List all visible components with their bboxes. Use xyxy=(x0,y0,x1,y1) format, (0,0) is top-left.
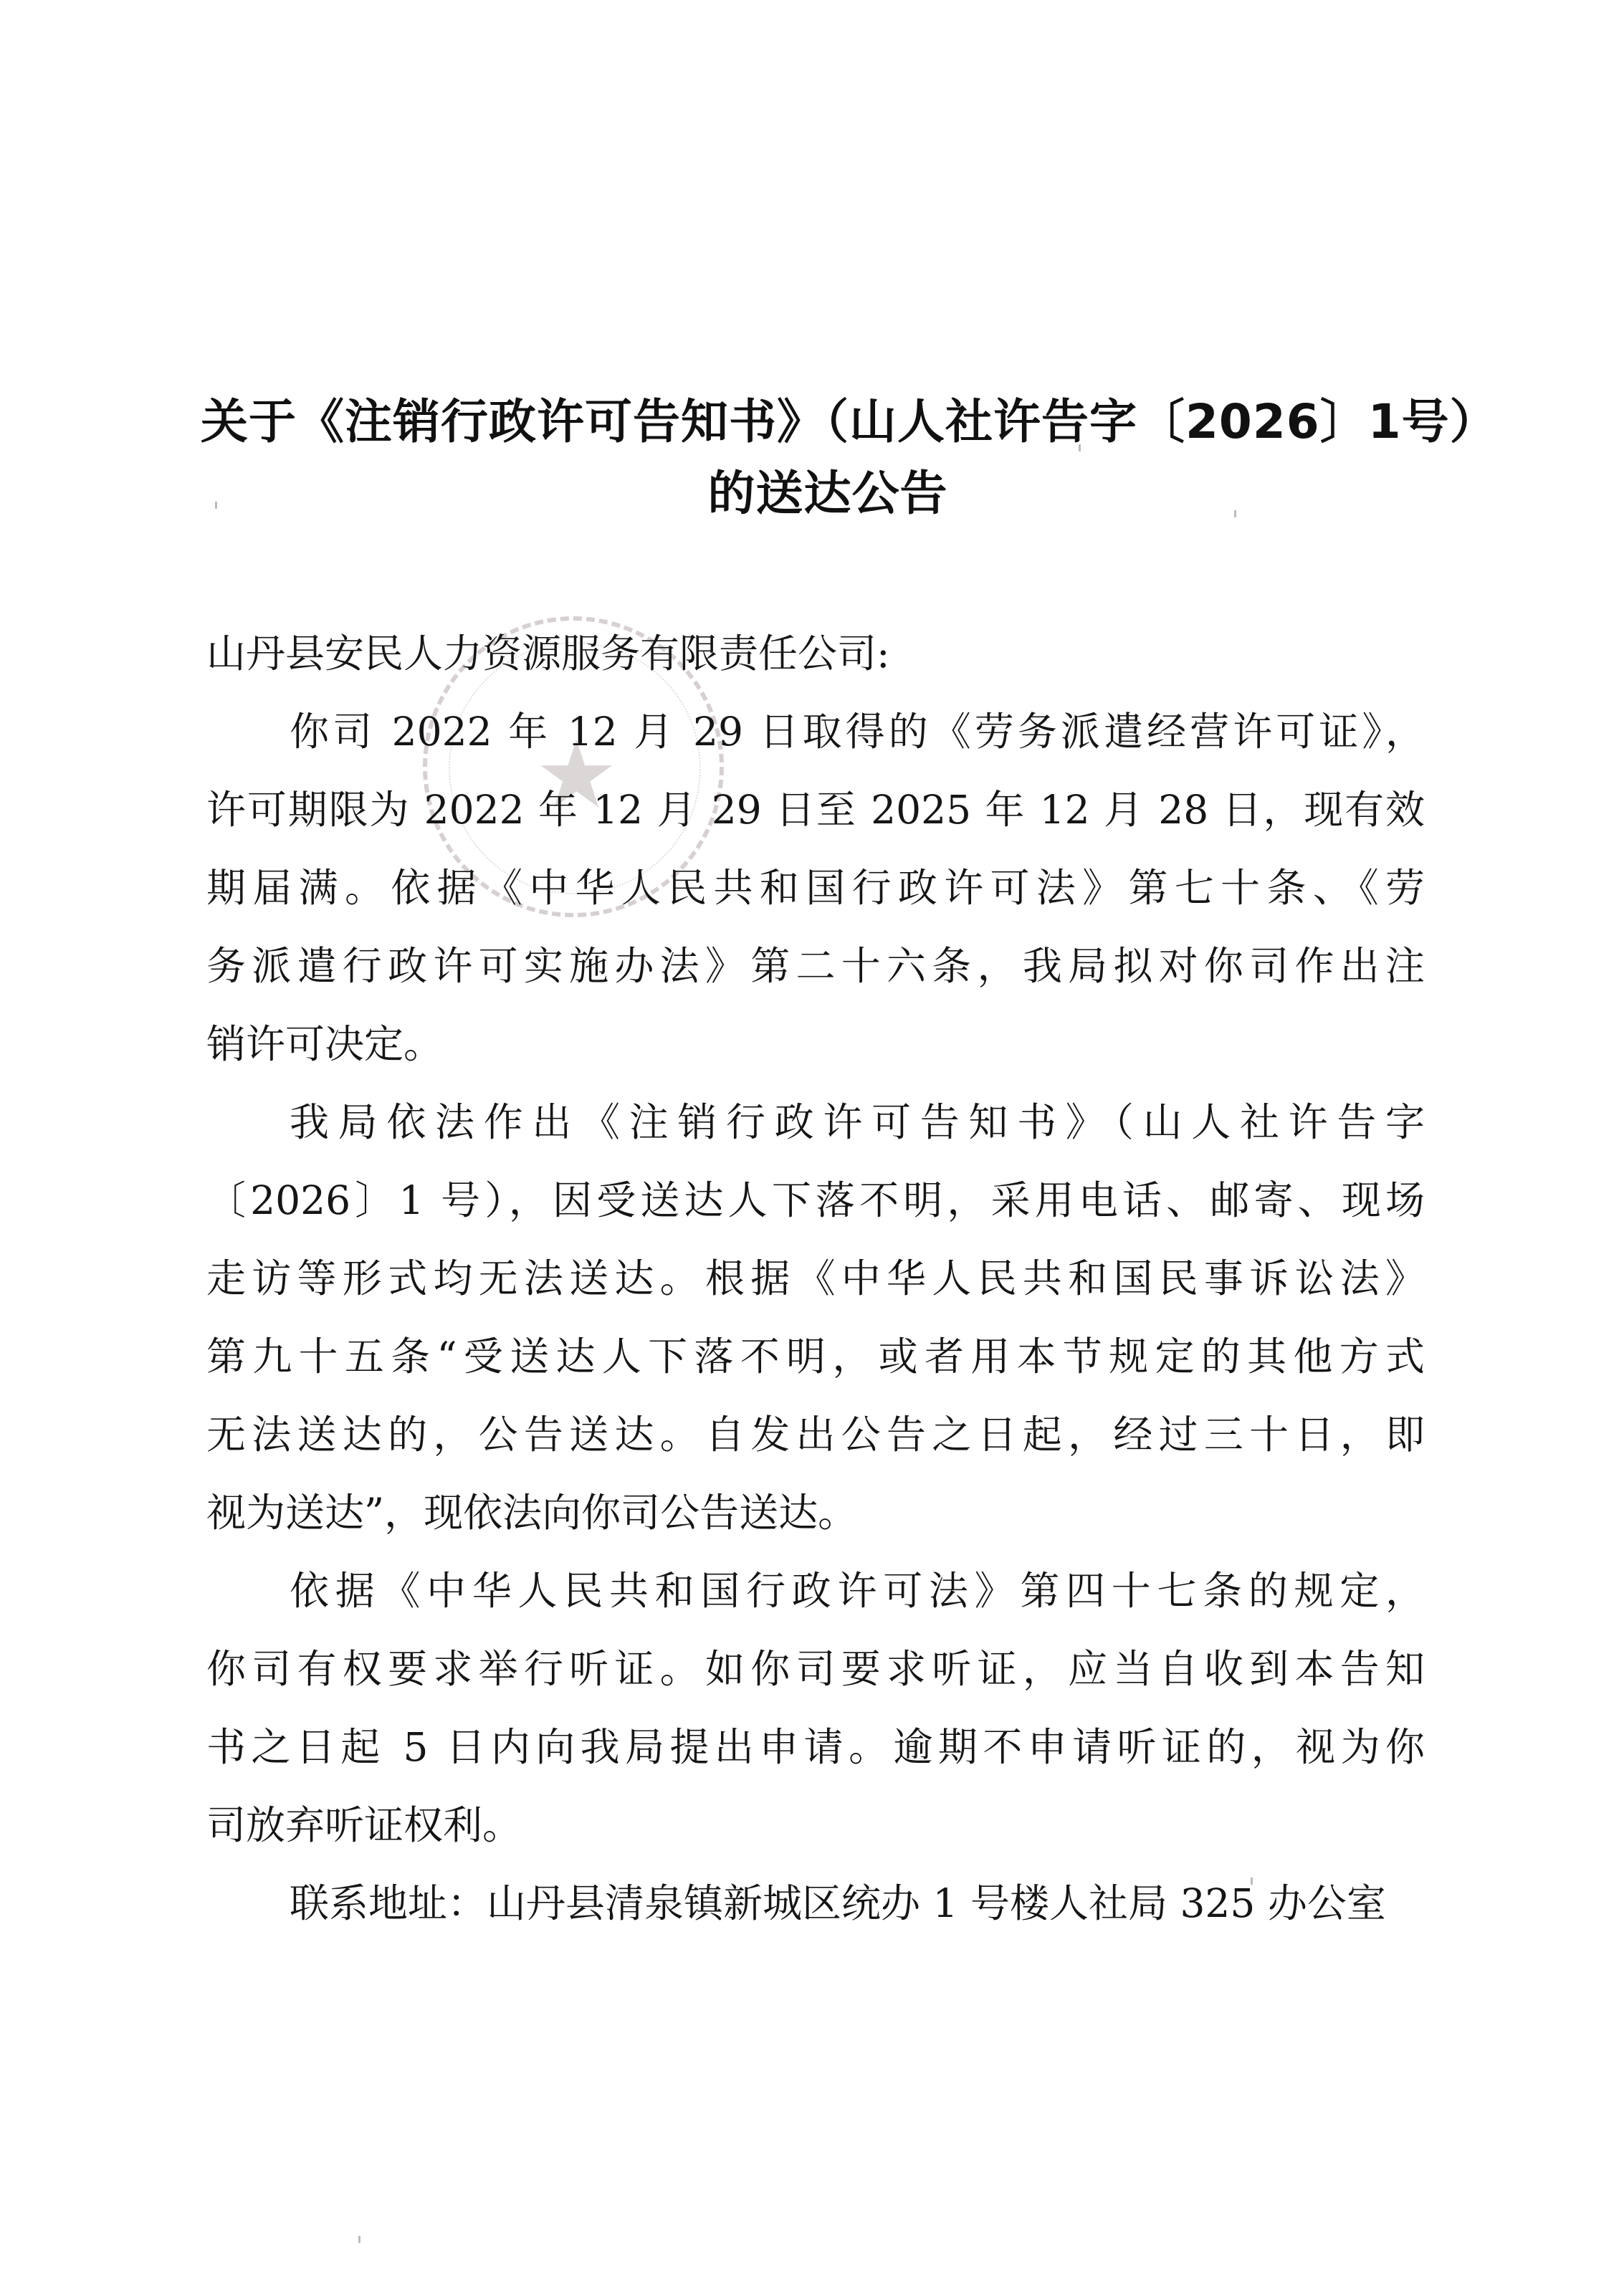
scan-speck xyxy=(215,502,217,509)
notice-title-line-1: 关于《注销行政许可告知书》（山人社许告字〔2026〕1号） xyxy=(201,383,1455,451)
paragraph-line: 无法送达的，公告送达。自发出公告之日起，经过三十日，即 xyxy=(206,1396,1425,1474)
scan-speck xyxy=(1079,444,1081,451)
paragraph-line: 务派遣行政许可实施办法》第二十六条，我局拟对你司作出注 xyxy=(206,927,1425,1005)
scan-speck xyxy=(358,2236,360,2243)
paragraph-line: 销许可决定。 xyxy=(206,1005,1425,1084)
paragraph-line: 我局依法作出《注销行政许可告知书》（山人社许告字 xyxy=(206,1084,1425,1162)
scan-speck xyxy=(1234,510,1236,517)
paragraph-line: 许可期限为 2022 年 12 月 29 日至 2025 年 12 月 28 日… xyxy=(206,771,1425,849)
paragraph-hearing-rights: 依据《中华人民共和国行政许可法》第四十七条的规定， 你司有权要求举行听证。如你司… xyxy=(206,1552,1425,1865)
notice-body: 山丹县安民人力资源服务有限责任公司: 你司 2022 年 12 月 29 日取得… xyxy=(206,615,1425,1943)
paragraph-line: 〔2026〕1 号），因受送达人下落不明，采用电话、邮寄、现场 xyxy=(206,1162,1425,1240)
scan-speck xyxy=(1251,1878,1253,1885)
paragraph-line: 你司 2022 年 12 月 29 日取得的《劳务派遣经营许可证》， xyxy=(206,693,1425,771)
document-page: 关于《注销行政许可告知书》（山人社许告字〔2026〕1号） 的送达公告 ★ 山丹… xyxy=(0,0,1624,2296)
notice-title-line-2: 的送达公告 xyxy=(201,455,1455,523)
paragraph-line: 走访等形式均无法送达。根据《中华人民共和国民事诉讼法》 xyxy=(206,1240,1425,1318)
paragraph-line: 视为送达”，现依法向你司公告送达。 xyxy=(206,1474,1425,1552)
paragraph-license-expiry: 你司 2022 年 12 月 29 日取得的《劳务派遣经营许可证》， 许可期限为… xyxy=(206,693,1425,1084)
addressee: 山丹县安民人力资源服务有限责任公司: xyxy=(206,615,1425,693)
paragraph-line: 第九十五条“受送达人下落不明，或者用本节规定的其他方式 xyxy=(206,1318,1425,1396)
paragraph-service-by-publication: 我局依法作出《注销行政许可告知书》（山人社许告字 〔2026〕1 号），因受送达… xyxy=(206,1084,1425,1552)
paragraph-line: 书之日起 5 日内向我局提出申请。逾期不申请听证的，视为你 xyxy=(206,1708,1425,1786)
contact-address: 联系地址：山丹县清泉镇新城区统办 1 号楼人社局 325 办公室 xyxy=(206,1865,1425,1943)
paragraph-line: 你司有权要求举行听证。如你司要求听证，应当自收到本告知 xyxy=(206,1630,1425,1708)
paragraph-line: 期届满。依据《中华人民共和国行政许可法》第七十条、《劳 xyxy=(206,849,1425,927)
paragraph-line: 司放弃听证权利。 xyxy=(206,1786,1425,1865)
paragraph-line: 依据《中华人民共和国行政许可法》第四十七条的规定， xyxy=(206,1552,1425,1630)
